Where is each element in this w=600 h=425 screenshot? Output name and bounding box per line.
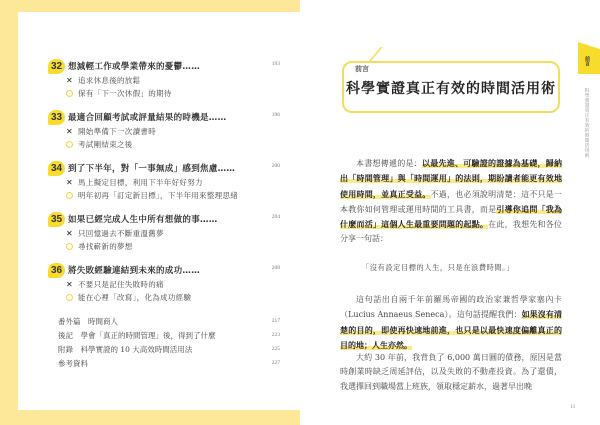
toc-title: 到了下半年，對「一事無成」感到焦慮…… xyxy=(68,162,235,174)
wrong-option-text: 馬上擬定目標，利用下半年好好努力 xyxy=(78,177,203,188)
chapter-number-badge: 36 xyxy=(48,263,65,278)
toc-title: 將失敗經驗連結到未來的成功…… xyxy=(68,264,200,276)
section-label: 前言 xyxy=(355,64,369,74)
toc-title: 想減輕工作或學業帶來的憂鬱…… xyxy=(68,60,200,72)
circle-icon xyxy=(66,243,73,250)
text-run: 本書想傳遞的是： xyxy=(356,159,422,168)
toc-title: 最適合回顧考試或評量結果的時機是…… xyxy=(68,111,226,123)
appendix-page-number: 223 xyxy=(272,332,280,338)
side-tab-label: 前言 xyxy=(584,56,591,66)
toc-right-option: 尋找嶄新的夢想 xyxy=(48,240,280,253)
toc-list: 32 想減輕工作或學業帶來的憂鬱…… 193 ✕ 追求休息後的放鬆 保有「下一次… xyxy=(48,58,280,313)
right-option-text: 能在心裡「改寫」，化為成功經驗 xyxy=(78,292,191,303)
running-head-vertical: 科學實證真正有效的時間活用術 xyxy=(583,88,589,158)
toc-appendix-row[interactable]: 後記 學會「真正的時間管理」後，得到了什麼 223 xyxy=(58,328,280,342)
left-page: 32 想減輕工作或學業帶來的憂鬱…… 193 ✕ 追求休息後的放鬆 保有「下一次… xyxy=(0,0,300,425)
right-page: 前言 科學實證真正有效的時間活用術 前言 科學實證真正有效的時間活用術 本書想傳… xyxy=(300,0,600,425)
toc-wrong-option: ✕ 不要只是記住失敗時的痛 xyxy=(48,278,280,291)
toc-item[interactable]: 33 最適合回顧考試或評量結果的時機是…… 196 ✕ 開始準備下一次讀書時 考… xyxy=(48,109,280,151)
appendix-page-number: 225 xyxy=(272,346,280,352)
cross-icon: ✕ xyxy=(66,127,78,136)
right-option-text: 尋找嶄新的夢想 xyxy=(78,241,133,252)
toc-item[interactable]: 32 想減輕工作或學業帶來的憂鬱…… 193 ✕ 追求休息後的放鬆 保有「下一次… xyxy=(48,58,280,100)
page-number: 13 xyxy=(570,405,575,410)
wrong-option-text: 不要只是記住失敗時的痛 xyxy=(78,279,164,290)
chapter-number-badge: 34 xyxy=(48,161,65,176)
chapter-number-badge: 33 xyxy=(48,110,65,125)
toc-right-option: 明年初再「訂定新目標」，下半年用來整理思緒 xyxy=(48,189,280,202)
toc-sheet: 32 想減輕工作或學業帶來的憂鬱…… 193 ✕ 追求休息後的放鬆 保有「下一次… xyxy=(18,12,300,410)
body-paragraph: 大約 30 年前，我背負了 6,000 萬日圓的債務，原因是當時創業時缺乏周延評… xyxy=(340,351,562,394)
appendix-label: 後記 學會「真正的時間管理」後，得到了什麼 xyxy=(58,330,216,341)
toc-wrong-option: ✕ 只回憶過去不斷重溫舊夢 xyxy=(48,227,280,240)
toc-heading: 34 到了下半年，對「一事無成」感到焦慮…… 200 xyxy=(48,160,280,176)
quote: 「沒有設定目標的人生，只是在浪費時間。」 xyxy=(362,263,514,273)
body-paragraph: 本書想傳遞的是：以最先進、可驗證的證據為基礎，歸納出「時間管理」與「時間運用」的… xyxy=(340,156,562,247)
toc-wrong-option: ✕ 馬上擬定目標，利用下半年好好努力 xyxy=(48,176,280,189)
toc-right-option: 能在心裡「改寫」，化為成功經驗 xyxy=(48,291,280,304)
toc-item[interactable]: 36 將失敗經驗連結到未來的成功…… 208 ✕ 不要只是記住失敗時的痛 能在心… xyxy=(48,262,280,304)
toc-page-number: 193 xyxy=(272,61,280,67)
toc-page-number: 204 xyxy=(272,214,280,220)
toc-right-option: 保有「下一次休假」的期待 xyxy=(48,87,280,100)
toc-page-number: 200 xyxy=(272,163,280,169)
cross-icon: ✕ xyxy=(66,178,78,187)
toc-title: 如果已經完成人生中所有想做的事…… xyxy=(68,213,218,225)
appendix-label: 參考資料 xyxy=(58,358,88,369)
toc-item[interactable]: 35 如果已經完成人生中所有想做的事…… 204 ✕ 只回憶過去不斷重溫舊夢 尋… xyxy=(48,211,280,253)
toc-appendix-row[interactable]: 參考資料 227 xyxy=(58,356,280,370)
wrong-option-text: 只回憶過去不斷重溫舊夢 xyxy=(78,228,164,239)
toc-appendix-row[interactable]: 附錄 科學實證的 10 大高效時間活用法 225 xyxy=(58,342,280,356)
cross-icon: ✕ xyxy=(66,229,78,238)
chapter-title: 科學實證真正有效的時間活用術 xyxy=(342,78,560,98)
appendix-page-number: 217 xyxy=(272,318,280,324)
toc-item[interactable]: 34 到了下半年，對「一事無成」感到焦慮…… 200 ✕ 馬上擬定目標，利用下半… xyxy=(48,160,280,202)
toc-wrong-option: ✕ 開始準備下一次讀書時 xyxy=(48,125,280,138)
circle-icon xyxy=(66,192,73,199)
cross-icon: ✕ xyxy=(66,76,78,85)
right-option-text: 明年初再「訂定新目標」，下半年用來整理思緒 xyxy=(78,190,238,201)
toc-wrong-option: ✕ 追求休息後的放鬆 xyxy=(48,74,280,87)
toc-right-option: 考試剛結束之後 xyxy=(48,138,280,151)
toc-heading: 35 如果已經完成人生中所有想做的事…… 204 xyxy=(48,211,280,227)
toc-page-number: 208 xyxy=(272,265,280,271)
toc-appendix-row[interactable]: 番外篇 時間商人 217 xyxy=(58,314,280,328)
toc-page-number: 196 xyxy=(272,112,280,118)
right-option-text: 保有「下一次休假」的期待 xyxy=(78,88,172,99)
right-option-text: 考試剛結束之後 xyxy=(78,139,133,150)
toc-appendix-list: 番外篇 時間商人 217 後記 學會「真正的時間管理」後，得到了什麼 223 附… xyxy=(58,314,280,370)
toc-heading: 36 將失敗經驗連結到未來的成功…… 208 xyxy=(48,262,280,278)
wrong-option-text: 開始準備下一次讀書時 xyxy=(78,126,156,137)
appendix-label: 附錄 科學實證的 10 大高效時間活用法 xyxy=(58,344,192,355)
toc-heading: 33 最適合回顧考試或評量結果的時機是…… 196 xyxy=(48,109,280,125)
circle-icon xyxy=(66,294,73,301)
chapter-number-badge: 35 xyxy=(48,212,65,227)
circle-icon xyxy=(66,90,73,97)
circle-icon xyxy=(66,141,73,148)
body-paragraph: 這句話出自兩千年前羅馬帝國的政治家兼哲學家塞內卡（Lucius Annaeus … xyxy=(340,293,562,353)
appendix-page-number: 227 xyxy=(272,360,280,366)
wrong-option-text: 追求休息後的放鬆 xyxy=(78,75,140,86)
chapter-number-badge: 32 xyxy=(48,59,65,74)
cross-icon: ✕ xyxy=(66,280,78,289)
toc-heading: 32 想減輕工作或學業帶來的憂鬱…… 193 xyxy=(48,58,280,74)
appendix-label: 番外篇 時間商人 xyxy=(58,316,118,327)
